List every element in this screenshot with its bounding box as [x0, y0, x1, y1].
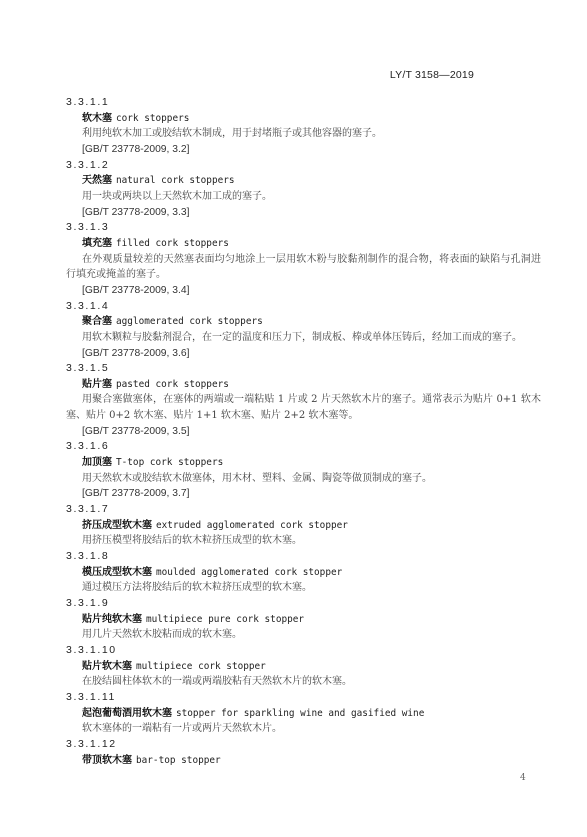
term-zh: 带顶软木塞 — [82, 755, 132, 766]
term-zh: 挤压成型软木塞 — [82, 520, 152, 531]
term-title: 贴片软木塞multipiece cork stopper — [66, 659, 541, 675]
term-entry: 3.3.1.11 起泡葡萄酒用软木塞stopper for sparkling … — [66, 690, 541, 737]
term-definition: 软木塞体的一端粘有一片或两片天然软木片。 — [66, 721, 541, 737]
term-title: 填充塞filled cork stoppers — [66, 236, 541, 252]
term-reference: [GB/T 23778-2009, 3.2] — [66, 142, 541, 158]
term-entry: 3.3.1.7 挤压成型软木塞extruded agglomerated cor… — [66, 502, 541, 549]
term-reference: [GB/T 23778-2009, 3.7] — [66, 486, 541, 502]
term-en: agglomerated cork stoppers — [116, 316, 263, 327]
clause-number: 3.3.1.8 — [66, 549, 541, 565]
clause-number: 3.3.1.11 — [66, 690, 541, 706]
term-en: multipiece cork stopper — [136, 661, 266, 672]
term-definition: 在外观质量较差的天然塞表面均匀地涂上一层用软木粉与胶黏剂制作的混合物，将表面的缺… — [66, 252, 541, 283]
term-en: natural cork stoppers — [116, 175, 235, 186]
term-definition: 用挤压模型将胶结后的软木粒挤压成型的软木塞。 — [66, 533, 541, 549]
term-title: 聚合塞agglomerated cork stoppers — [66, 314, 541, 330]
term-zh: 加顶塞 — [82, 457, 112, 468]
term-entry: 3.3.1.6 加顶塞T-top cork stoppers 用天然软木或胶结软… — [66, 439, 541, 502]
term-zh: 贴片软木塞 — [82, 661, 132, 672]
term-entry: 3.3.1.12 带顶软木塞bar-top stopper — [66, 737, 541, 768]
term-title: 贴片塞pasted cork stoppers — [66, 377, 541, 393]
term-title: 软木塞cork stoppers — [66, 111, 541, 127]
clause-number: 3.3.1.12 — [66, 737, 541, 753]
term-en: filled cork stoppers — [116, 238, 229, 249]
term-zh: 软木塞 — [82, 113, 112, 124]
term-zh: 起泡葡萄酒用软木塞 — [82, 708, 172, 719]
term-zh: 天然塞 — [82, 175, 112, 186]
term-reference: [GB/T 23778-2009, 3.6] — [66, 346, 541, 362]
term-title: 带顶软木塞bar-top stopper — [66, 753, 541, 769]
term-zh: 聚合塞 — [82, 316, 112, 327]
term-entry: 3.3.1.2 天然塞natural cork stoppers 用一块或两块以… — [66, 158, 541, 221]
term-definition: 通过模压方法将胶结后的软木粒挤压成型的软木塞。 — [66, 580, 541, 596]
term-title: 贴片纯软木塞multipiece pure cork stopper — [66, 612, 541, 628]
term-entry: 3.3.1.1 软木塞cork stoppers 利用纯软木加工或胶结软木制成，… — [66, 95, 541, 158]
term-en: bar-top stopper — [136, 755, 221, 766]
term-en: stopper for sparkling wine and gasified … — [176, 708, 424, 719]
terms-list: 3.3.1.1 软木塞cork stoppers 利用纯软木加工或胶结软木制成，… — [66, 95, 541, 768]
term-entry: 3.3.1.9 贴片纯软木塞multipiece pure cork stopp… — [66, 596, 541, 643]
term-entry: 3.3.1.5 贴片塞pasted cork stoppers 用聚合塞做塞体，… — [66, 361, 541, 439]
term-definition: 用天然软木或胶结软木做塞体，用木材、塑料、金属、陶瓷等做顶制成的塞子。 — [66, 471, 541, 487]
clause-number: 3.3.1.1 — [66, 95, 541, 111]
term-reference: [GB/T 23778-2009, 3.3] — [66, 205, 541, 221]
term-definition: 用一块或两块以上天然软木加工成的塞子。 — [66, 189, 541, 205]
term-title: 模压成型软木塞moulded agglomerated cork stopper — [66, 565, 541, 581]
term-title: 起泡葡萄酒用软木塞stopper for sparkling wine and … — [66, 706, 541, 722]
clause-number: 3.3.1.5 — [66, 361, 541, 377]
clause-number: 3.3.1.4 — [66, 299, 541, 315]
term-definition: 用软木颗粒与胶黏剂混合，在一定的温度和压力下，制成板、棒或单体压铸后，经加工而成… — [66, 330, 541, 346]
clause-number: 3.3.1.2 — [66, 158, 541, 174]
term-zh: 填充塞 — [82, 238, 112, 249]
term-zh: 贴片纯软木塞 — [82, 614, 142, 625]
term-entry: 3.3.1.3 填充塞filled cork stoppers 在外观质量较差的… — [66, 220, 541, 298]
term-definition: 用聚合塞做塞体，在塞体的两端或一端粘贴 1 片或 2 片天然软木片的塞子。通常表… — [66, 392, 541, 423]
page-number: 4 — [520, 773, 526, 783]
term-en: T-top cork stoppers — [116, 457, 223, 468]
term-en: multipiece pure cork stopper — [146, 614, 304, 625]
term-en: cork stoppers — [116, 113, 189, 124]
standard-code-header: LY/T 3158—2019 — [390, 69, 474, 81]
term-entry: 3.3.1.8 模压成型软木塞moulded agglomerated cork… — [66, 549, 541, 596]
term-definition: 利用纯软木加工或胶结软木制成，用于封堵瓶子或其他容器的塞子。 — [66, 126, 541, 142]
term-entry: 3.3.1.4 聚合塞agglomerated cork stoppers 用软… — [66, 299, 541, 362]
term-en: pasted cork stoppers — [116, 379, 229, 390]
clause-number: 3.3.1.3 — [66, 220, 541, 236]
term-definition: 在胶结圆柱体软木的一端或两端胶粘有天然软木片的软木塞。 — [66, 674, 541, 690]
clause-number: 3.3.1.7 — [66, 502, 541, 518]
clause-number: 3.3.1.9 — [66, 596, 541, 612]
term-entry: 3.3.1.10 贴片软木塞multipiece cork stopper 在胶… — [66, 643, 541, 690]
term-en: moulded agglomerated cork stopper — [156, 567, 342, 578]
term-definition: 用几片天然软木胶粘而成的软木塞。 — [66, 627, 541, 643]
clause-number: 3.3.1.10 — [66, 643, 541, 659]
term-title: 天然塞natural cork stoppers — [66, 173, 541, 189]
term-reference: [GB/T 23778-2009, 3.5] — [66, 424, 541, 440]
term-en: extruded agglomerated cork stopper — [156, 520, 348, 531]
term-reference: [GB/T 23778-2009, 3.4] — [66, 283, 541, 299]
term-zh: 贴片塞 — [82, 379, 112, 390]
term-zh: 模压成型软木塞 — [82, 567, 152, 578]
term-title: 挤压成型软木塞extruded agglomerated cork stoppe… — [66, 518, 541, 534]
term-title: 加顶塞T-top cork stoppers — [66, 455, 541, 471]
clause-number: 3.3.1.6 — [66, 439, 541, 455]
